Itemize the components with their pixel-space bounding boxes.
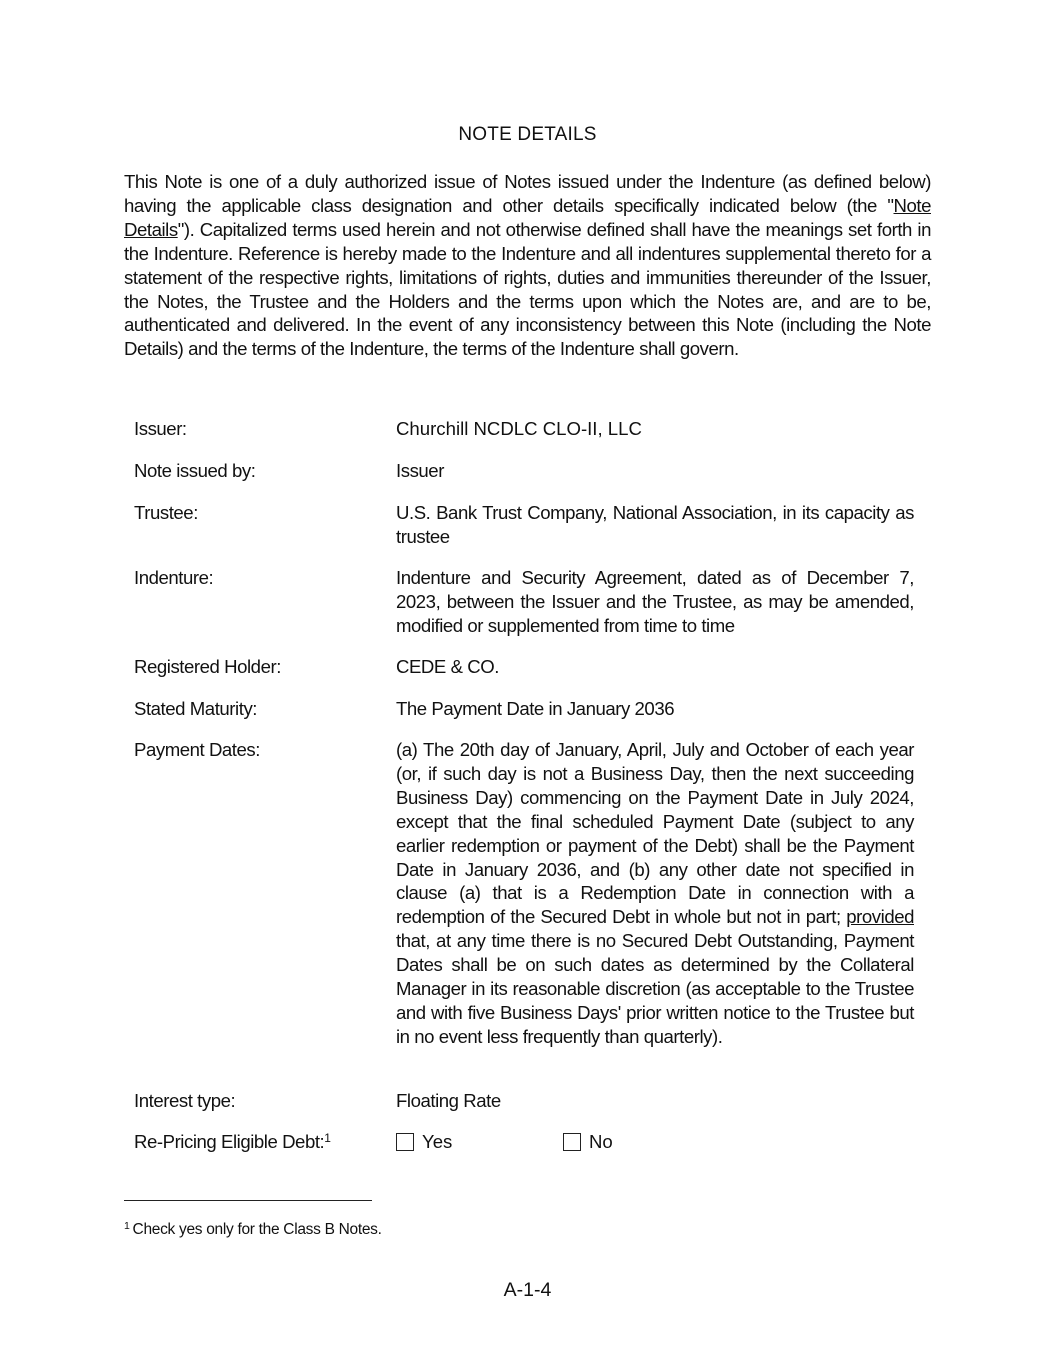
registered-holder-value: CEDE & CO. (396, 655, 914, 679)
indenture-label: Indenture: (134, 566, 384, 590)
trustee-value: U.S. Bank Trust Company, National Associ… (396, 501, 914, 549)
payment-dates-value: (a) The 20th day of January, April, July… (396, 738, 914, 1049)
indenture-value: Indenture and Security Agreement, dated … (396, 566, 914, 638)
repricing-label-text: Re-Pricing Eligible Debt: (134, 1131, 324, 1152)
issued-by-value: Issuer (396, 459, 914, 483)
page-title: NOTE DETAILS (0, 124, 1055, 146)
registered-holder-label: Registered Holder: (134, 655, 384, 679)
repricing-label: Re-Pricing Eligible Debt:1 (134, 1130, 384, 1154)
provided-term: provided (846, 906, 914, 927)
repricing-option-yes[interactable]: Yes (396, 1130, 452, 1154)
payment-dates-text-end: that, at any time there is no Secured De… (396, 930, 914, 1047)
interest-type-label: Interest type: (134, 1089, 384, 1113)
issued-by-label: Note issued by: (134, 459, 384, 483)
no-label: No (589, 1131, 613, 1152)
stated-maturity-value: The Payment Date in January 2036 (396, 697, 914, 721)
footnote-reference: 1 (324, 1131, 330, 1145)
document-page: NOTE DETAILS This Note is one of a duly … (0, 0, 1055, 1365)
intro-paragraph: This Note is one of a duly authorized is… (124, 170, 931, 361)
payment-dates-label: Payment Dates: (134, 738, 384, 762)
trustee-label: Trustee: (134, 501, 384, 525)
yes-checkbox[interactable] (396, 1133, 414, 1151)
no-checkbox[interactable] (563, 1133, 581, 1151)
yes-label: Yes (422, 1131, 452, 1152)
footnote-text: Check yes only for the Class B Notes. (133, 1221, 382, 1238)
issuer-label: Issuer: (134, 417, 384, 441)
footnote: 1Check yes only for the Class B Notes. (124, 1221, 382, 1239)
repricing-option-no[interactable]: No (563, 1130, 613, 1154)
page-number: A-1-4 (0, 1279, 1055, 1302)
intro-text-end: "). Capitalized terms used herein and no… (124, 219, 931, 360)
interest-type-value: Floating Rate (396, 1089, 914, 1113)
intro-text-start: This Note is one of a duly authorized is… (124, 171, 931, 216)
footnote-number: 1 (124, 1220, 130, 1232)
stated-maturity-label: Stated Maturity: (134, 697, 384, 721)
issuer-value: Churchill NCDLC CLO-II, LLC (396, 417, 914, 441)
footnote-divider (124, 1200, 372, 1201)
payment-dates-text-start: (a) The 20th day of January, April, July… (396, 739, 914, 927)
